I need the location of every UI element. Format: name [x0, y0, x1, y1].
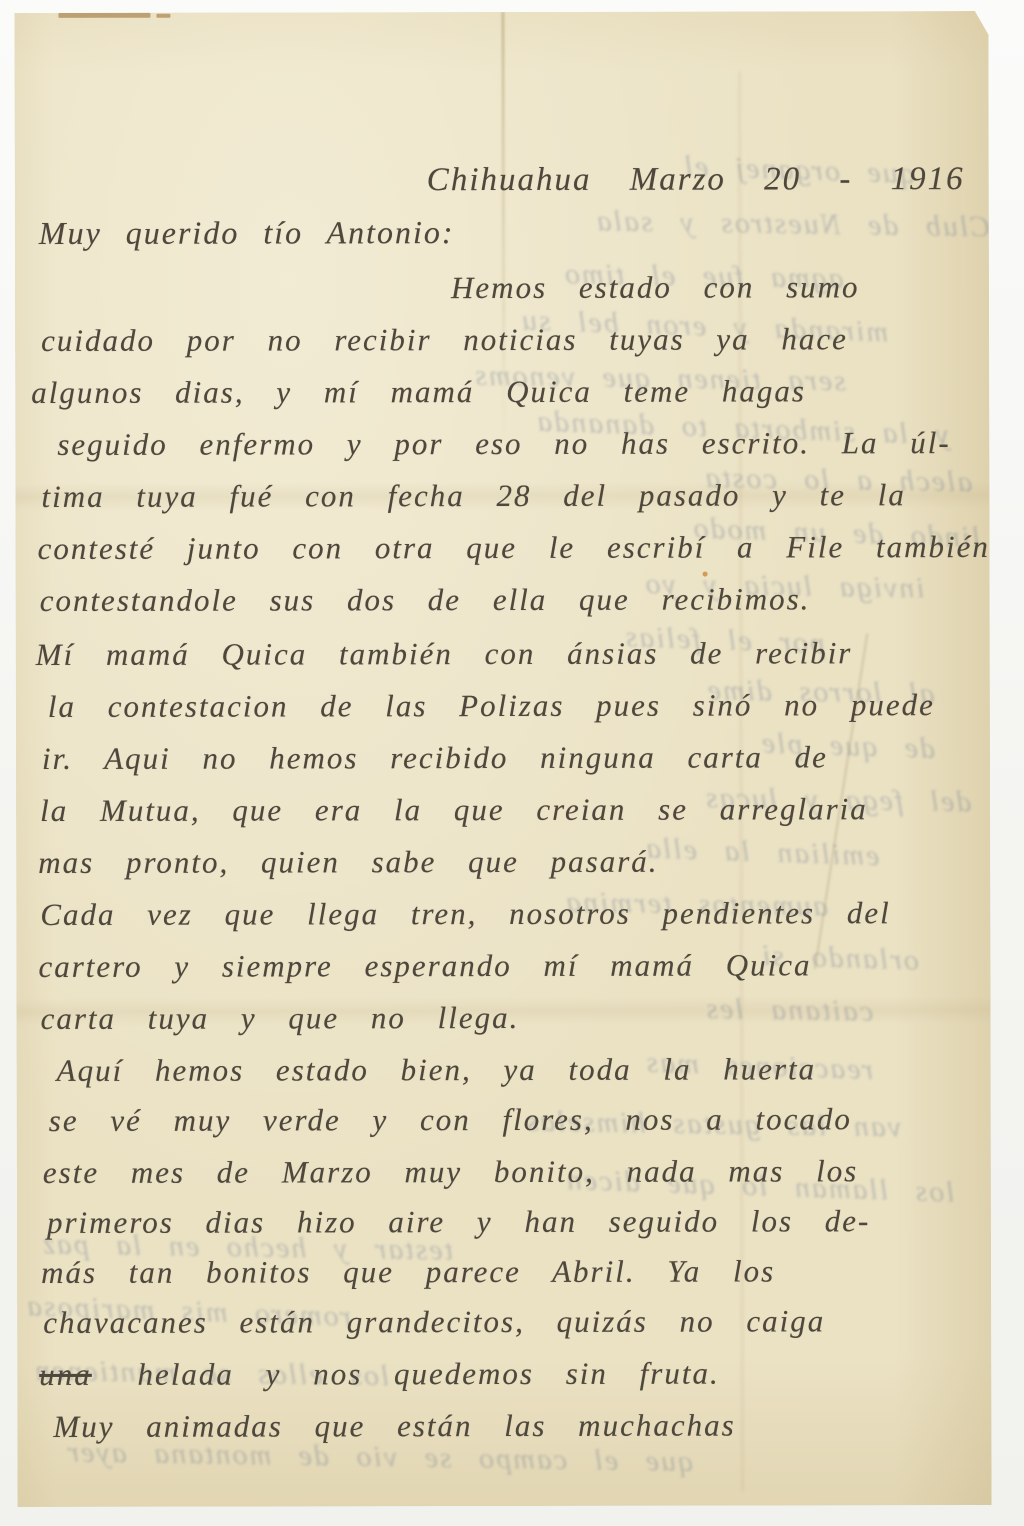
letter-line: chavacanes están grandecitos, quizás no …	[43, 1303, 825, 1341]
letter-line: tima tuya fué con fecha 28 del pasado y …	[41, 477, 906, 515]
letter-line: carta tuya y que no llega.	[41, 1000, 520, 1037]
letter-line: mas pronto, quien sabe que pasará.	[38, 844, 658, 881]
letter-line: más tan bonitos que parece Abril. Ya los	[41, 1253, 775, 1291]
letter-line: Cada vez que llega tren, nosotros pendie…	[40, 895, 890, 933]
letter-salutation: Muy querido tío Antonio:	[39, 214, 455, 252]
letter-line-rest: helada y nos quedemos sin fruta.	[106, 1356, 720, 1392]
letter-line: ir. Aqui no hemos recibido ninguna carta…	[42, 739, 828, 777]
letter-date-line: Chihuahua Marzo 20 - 1916	[427, 161, 965, 199]
letter-line: cuidado por no recibir noticias tuyas ya…	[41, 321, 848, 359]
letter-line: la Mutua, que era la que creian se arreg…	[40, 791, 868, 829]
letter-page: que organej elClub de Nuestros y salaagm…	[14, 11, 991, 1507]
letter-line: Hemos estado con sumo	[451, 269, 860, 306]
letter-line: contesté junto con otra que le escribí a…	[38, 529, 990, 567]
letter-line: cartero y siempre esperando mí mamá Quic…	[38, 947, 811, 985]
letter-line: contestandole sus dos de ella que recibi…	[40, 581, 811, 619]
letter-line: algunos dias, y mí mamá Quica teme hagas	[31, 373, 806, 411]
letter-line: Aquí hemos estado bien, ya toda la huert…	[57, 1051, 817, 1089]
letter-line: Muy animadas que están las muchachas	[53, 1408, 735, 1445]
letter-line: Mí mamá Quica también con ánsias de reci…	[36, 635, 853, 673]
letter-line: primeros dias hizo aire y han seguido lo…	[47, 1203, 870, 1241]
letter-line: seguido enfermo y por eso no has escrito…	[57, 425, 950, 463]
letter-line: la contestacion de las Polizas pues sinó…	[48, 687, 935, 725]
letter-line: se vé muy verde y con flores, nos a toca…	[49, 1101, 852, 1139]
handwriting-layer: Chihuahua Marzo 20 - 1916 Muy querido tí…	[14, 11, 991, 1507]
struck-out-word: una	[39, 1357, 92, 1392]
letter-line: este mes de Marzo muy bonito, nada mas l…	[43, 1153, 858, 1191]
letter-line-with-strikeout: una helada y nos quedemos sin fruta.	[39, 1356, 719, 1393]
